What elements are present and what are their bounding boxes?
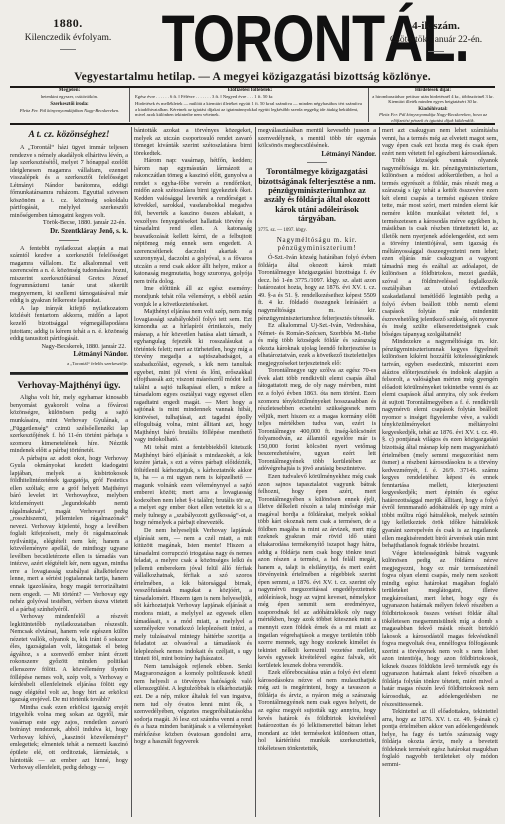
dateline: Török-Becse, 1880. január 22-én. [10,219,128,227]
paragraph: Ime előttünk áll az egész esemény: mondj… [134,285,252,308]
paragraph: Tekintettel az ill előadottakra, tekinte… [382,708,498,768]
reference-number: 3775. sz. — 1097. kbgy. [258,227,376,235]
paragraph: Ezen tudvalevő körülményekhez még csak a… [258,473,376,669]
paragraph: Három nap: vasárnap, hétfőn, kedden; hár… [134,157,252,285]
article-heading: Torontálmegye közigazgatási bizottságána… [258,167,376,223]
column-1: A t. cz. közönséghez! A „Torontál“ házi … [10,127,128,817]
info-ads: Hirdetések díjai: a hirombaszüdsor petit… [371,88,495,122]
paragraph: A párbajra az adott okot, hogy Verhovay … [10,455,128,613]
masthead-right: 4-ik szám. Csötörtök, január 22-én. [381,20,491,52]
signature-title: a „Torontál“ felelős szerkesztője. [10,360,128,368]
paragraph: Végre kötelességünk bátrak vagyunk külön… [382,550,498,708]
column-rule [255,127,256,817]
salutation: Nagyméltóságu m. kir. pénzügyminiszteriu… [258,236,376,252]
divider [59,240,79,241]
year: 1880. [18,16,118,31]
column-2: bántották azokat a törvényes közegeket, … [134,127,252,817]
paragraph: Mindezekre a nagyméltóságu m. kir. pénzü… [382,338,498,549]
section-divider [10,372,128,375]
info-text: Pleitz Fer. Pál könyvnyomdájában Nagy-Be… [10,108,129,114]
info-text: a hirombaszüdsor petitsor után hirdetésn… [371,94,495,105]
rule-bottom [10,123,495,125]
info-band: Megjelen: hetenkint egyszer, csütörtökön… [10,88,495,122]
divider [60,49,76,50]
subtitle: Vegyestartalmu hetilap. — A megyei közig… [0,71,505,83]
signature: Létmányi Nándor. [258,151,376,159]
paragraph: Ezek előrebocsátása után a folyó évi ele… [258,669,376,752]
info-appears: Megjelen: hetenkint egyszer, csütörtökön… [10,88,130,122]
paragraph: mert azt csakugyan nem lehet számításba … [382,127,498,157]
paragraph: bántották azokat a törvényes közegeket, … [134,127,252,157]
issue-date: Csötörtök, január 22-én. [381,35,491,45]
paragraph: A lap irányát kifejtő nyilatkozatom közl… [10,305,128,343]
paragraph: Majthényi eljárása nem volt szép, nem mé… [134,308,252,444]
info-text: hetenkint egyszer, csütörtökön. [10,94,129,100]
column-4: mert azt csakugyan nem lehet számításba … [382,127,498,817]
issue-number: 4-ik szám. [381,20,491,32]
subscription-terms: Hirdetések és mellékletek — múlóát a kie… [135,101,365,118]
paragraph: Aligha volt hír, mely egyhamar kinosabb … [10,394,128,454]
paragraph: A „Torontál“ házi ügyei immár teljesen r… [10,144,128,219]
paragraph: Mintha csak ezen erkölcsi igazság erejét… [10,704,128,772]
divider [307,162,327,163]
paragraph: De nem helyeseljük Verhovay lapjának elj… [134,527,252,663]
newspaper-title: TORONTÁL. [162,2,359,74]
subscription-prices: Egész évre . . . . . . 6 ft. ‖ Félévre .… [135,94,365,100]
paragraph: Ó-Szt.-Iván község határában folyó évben… [258,254,376,322]
article-heading: A t. cz. közönséghez! [10,129,128,141]
column-rule [379,127,380,817]
paragraph: megválasztásában mentül kevesebb jusson … [258,127,376,150]
column-3: megválasztásában mentül kevesebb jusson … [258,127,376,817]
article-heading: Verhovay-Majthényi ügy. [10,380,128,392]
paragraph: Torontálmegye ugy szólva az egész 70-es … [258,367,376,473]
paragraph: Több községek vannak olyanok nagyméltósá… [382,157,498,338]
paragraph: Nem tanulságok rejlenek ebben. Senki Mag… [134,663,252,746]
paragraph: Verhovay mindenfelől a részvét legkitünt… [10,613,128,704]
signature: Dr. Szentkláray Jenő, s. k. [10,228,128,236]
paragraph: Mi tehát mint a fentebbiekből kitetszik … [134,444,252,527]
newspaper-page: 1880. Kilenczedik évfolyam. TORONTÁL. 4-… [0,0,505,824]
paragraph: Ez alkalommal Uj-Szt.-Iván, Vedreshása, … [258,322,376,367]
volume: Kilenczedik évfolyam. [18,33,118,43]
dateline: Nagy-Becskerek, 1880. január 22. [10,343,128,351]
paragraph: A fentebbi nyilatkozat alapján a mai szá… [10,245,128,305]
column-rule [131,127,132,817]
divider [428,51,444,52]
signature: Létmányi Nándor. [10,351,128,359]
info-subscription: Előfizetési föltételek: Egész évre . . .… [132,88,369,122]
info-text: Pleitz Fer. Pál könyvnyomdája Nagy-Becsk… [371,112,495,123]
masthead-left: 1880. Kilenczedik évfolyam. [18,16,118,50]
